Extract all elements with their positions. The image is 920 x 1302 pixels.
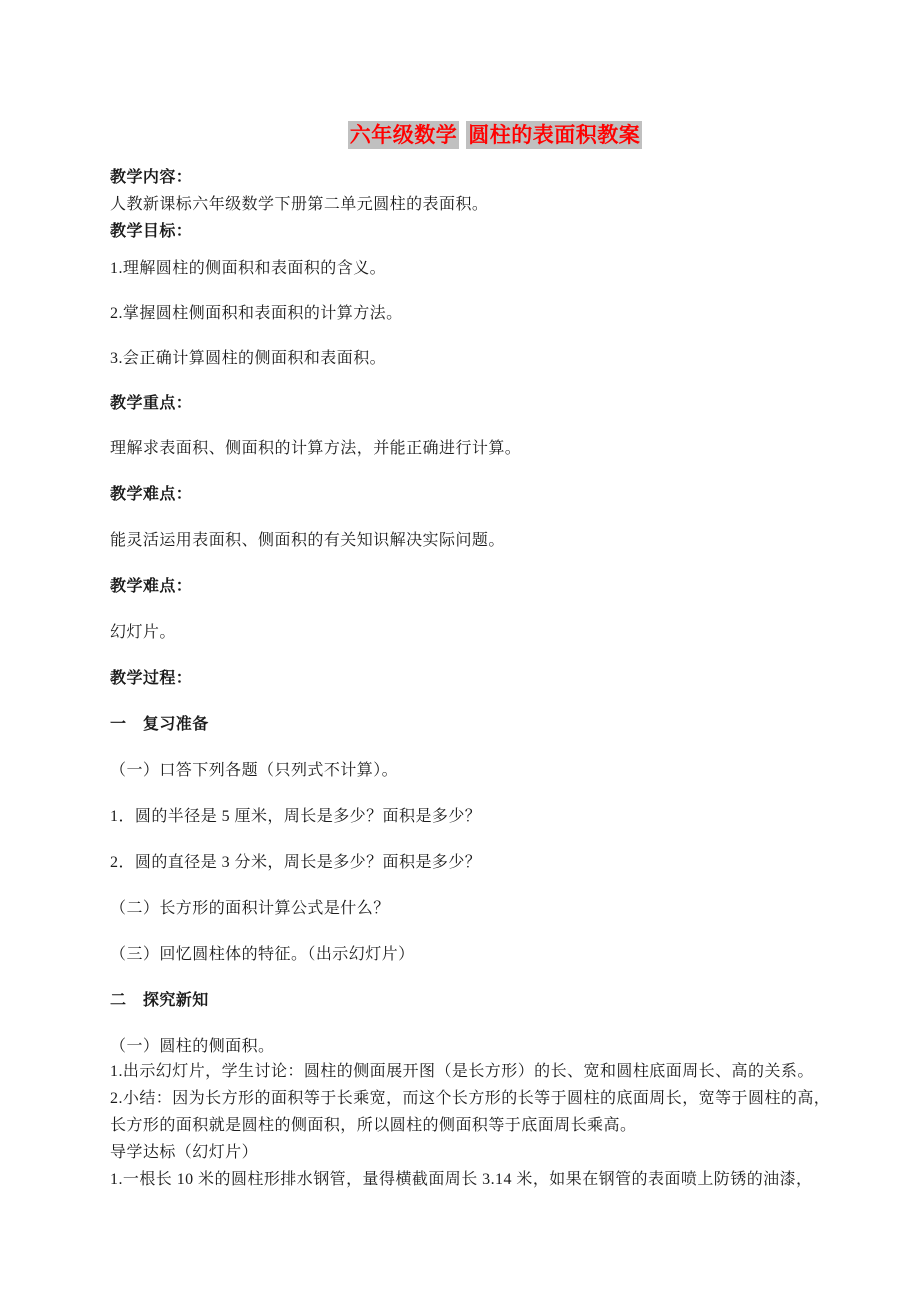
title-highlight-right: 圆柱的表面积教案 xyxy=(466,121,642,149)
paragraph-text: 人教新课标六年级数学下册第二单元圆柱的表面积。 xyxy=(110,191,880,218)
paragraph-text: 幻灯片。 xyxy=(110,619,880,646)
section-heading-difficulties-2: 教学难点： xyxy=(110,573,880,600)
review-item-1: （一）口答下列各题（只列式不计算）。 xyxy=(110,757,880,784)
paragraph-text: 导学达标（幻灯片） xyxy=(110,1139,880,1166)
paragraph-text: 长方形的面积就是圆柱的侧面积，所以圆柱的侧面积等于底面周长乘高。 xyxy=(110,1112,880,1139)
goal-item-2: 2.掌握圆柱侧面积和表面积的计算方法。 xyxy=(110,300,880,327)
goal-item-3: 3.会正确计算圆柱的侧面积和表面积。 xyxy=(110,345,880,372)
document-page: 六年级数学圆柱的表面积教案 教学内容： 人教新课标六年级数学下册第二单元圆柱的表… xyxy=(0,0,920,1302)
paragraph-text: 2.小结：因为长方形的面积等于长乘宽，而这个长方形的长等于圆柱的底面周长，宽等于… xyxy=(110,1085,880,1112)
paragraph-text: 理解求表面积、侧面积的计算方法，并能正确进行计算。 xyxy=(110,435,880,462)
review-question-2: 2．圆的直径是 3 分米，周长是多少？面积是多少？ xyxy=(110,849,880,876)
section-heading-content: 教学内容： xyxy=(110,164,880,191)
explore-item-1: （一）圆柱的侧面积。 xyxy=(110,1033,880,1060)
title-highlight-left: 六年级数学 xyxy=(348,121,460,149)
paragraph-text: 能灵活运用表面积、侧面积的有关知识解决实际问题。 xyxy=(110,527,880,554)
section-heading-review: 一 复习准备 xyxy=(110,711,880,738)
section-heading-explore: 二 探究新知 xyxy=(110,987,880,1014)
review-item-3: （三）回忆圆柱体的特征。（出示幻灯片） xyxy=(110,941,880,968)
section-heading-goals: 教学目标： xyxy=(110,218,880,245)
document-title: 六年级数学圆柱的表面积教案 xyxy=(110,120,880,150)
paragraph-text: 1.一根长 10 米的圆柱形排水钢管，量得横截面周长 3.14 米，如果在钢管的… xyxy=(110,1166,880,1193)
goal-item-1: 1.理解圆柱的侧面积和表面积的含义。 xyxy=(110,255,880,282)
review-item-2: （二）长方形的面积计算公式是什么？ xyxy=(110,895,880,922)
section-heading-process: 教学过程： xyxy=(110,665,880,692)
section-heading-key-points: 教学重点： xyxy=(110,390,880,417)
document-body: 六年级数学圆柱的表面积教案 教学内容： 人教新课标六年级数学下册第二单元圆柱的表… xyxy=(0,120,920,1193)
section-heading-difficulties: 教学难点： xyxy=(110,481,880,508)
review-question-1: 1．圆的半径是 5 厘米，周长是多少？面积是多少？ xyxy=(110,803,880,830)
paragraph-text: 1.出示幻灯片，学生讨论：圆柱的侧面展开图（是长方形）的长、宽和圆柱底面周长、高… xyxy=(110,1058,880,1085)
